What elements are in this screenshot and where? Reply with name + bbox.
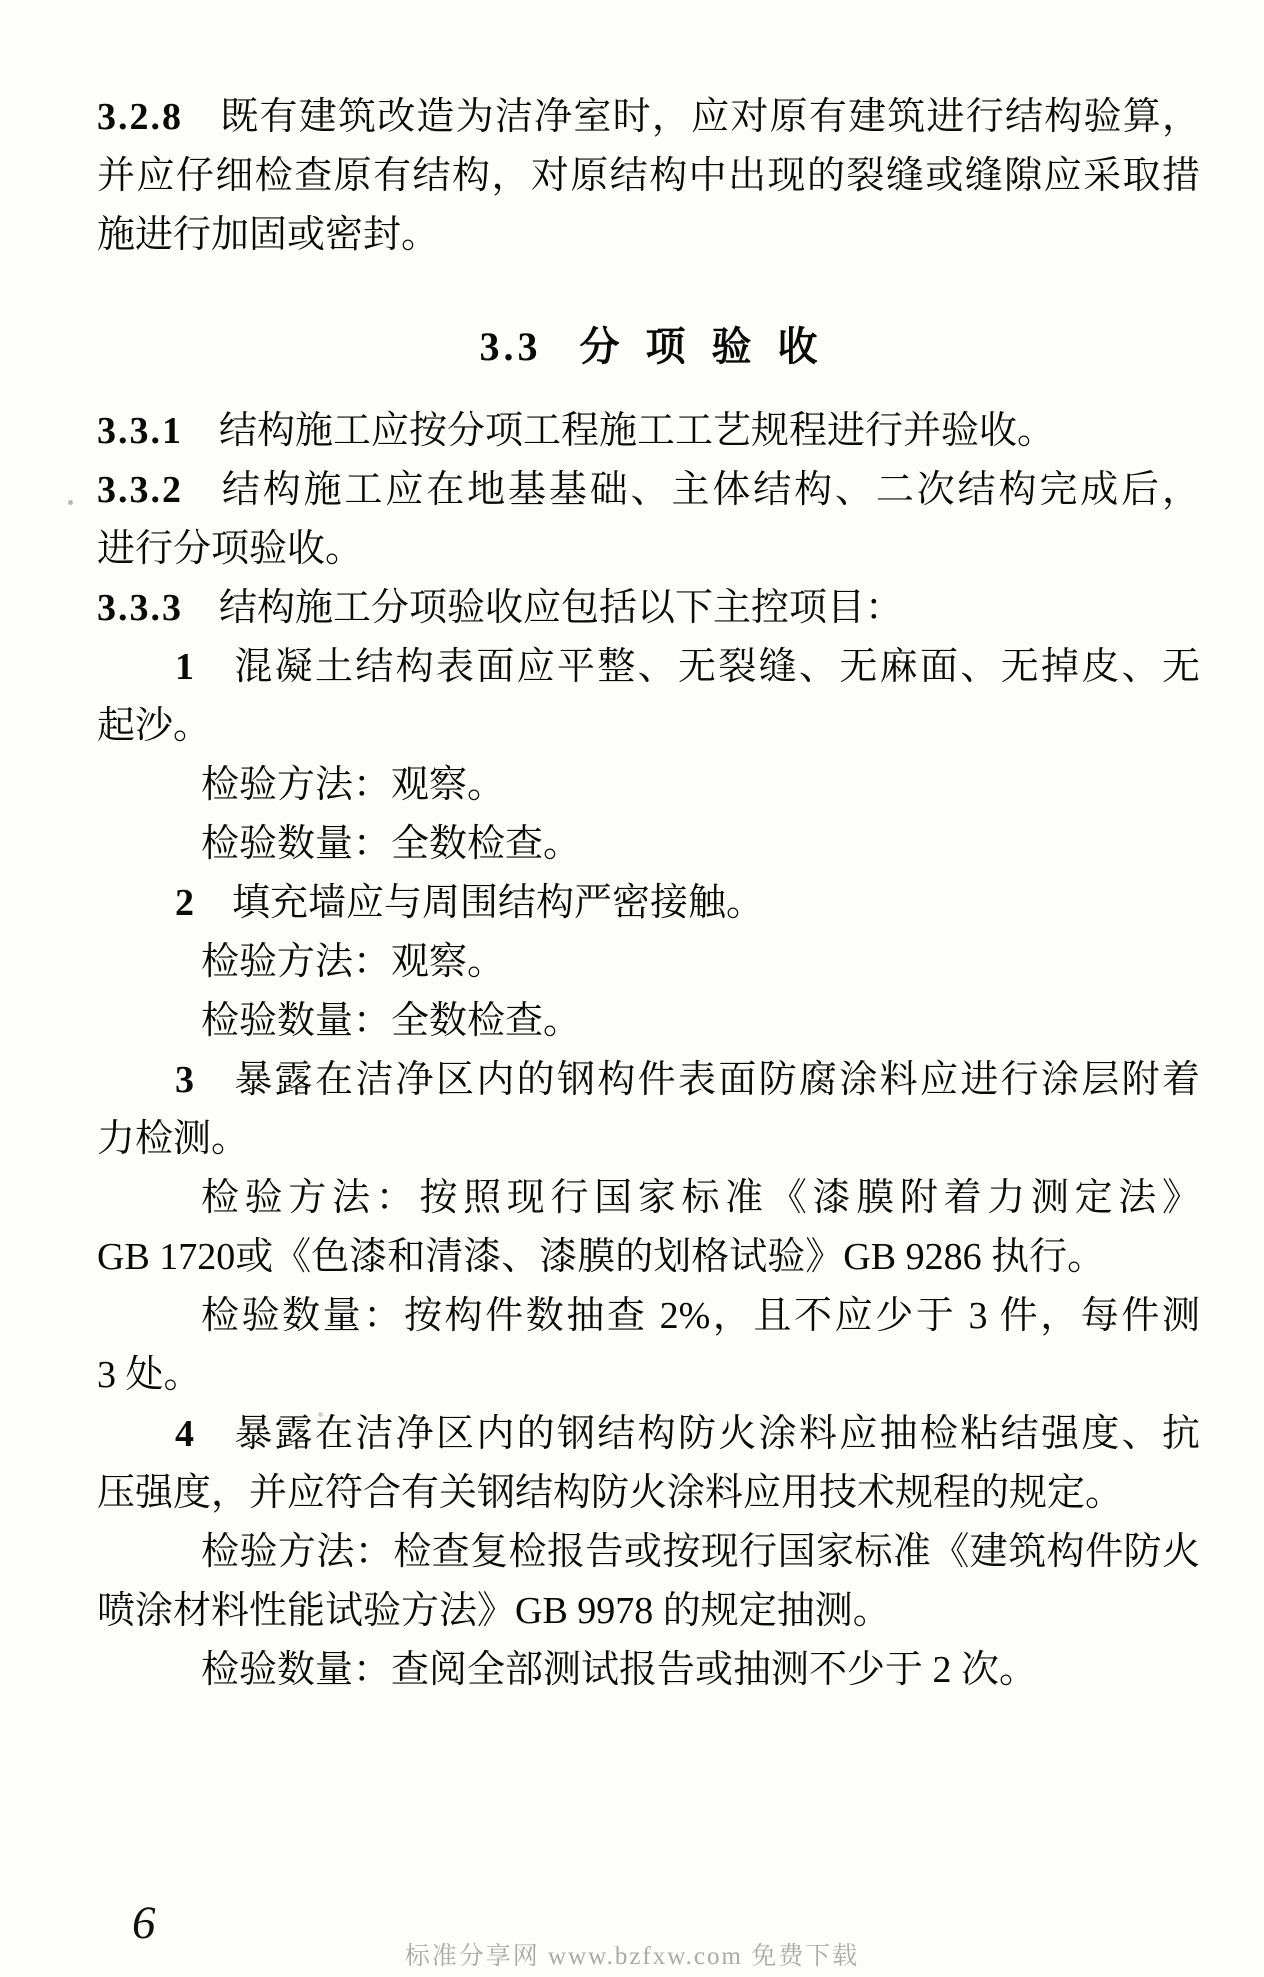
item-3-quantity-line-2: 3 处。 bbox=[97, 1346, 1200, 1405]
item-text: 填充墙应与周围结构严密接触。 bbox=[232, 882, 764, 924]
scan-speck bbox=[318, 1412, 323, 1417]
item-number: 1 bbox=[175, 646, 196, 688]
clause-3-3-2-line-2: 进行分项验收。 bbox=[97, 520, 1200, 579]
item-4-line-2: 压强度，并应符合有关钢结构防火涂料应用技术规程的规定。 bbox=[97, 1464, 1200, 1523]
footer-watermark: 标准分享网 www.bzfxw.com 免费下载 bbox=[0, 1936, 1264, 1972]
item-3: 3暴露在洁净区内的钢构件表面防腐涂料应进行涂层附着 力检测。 检验方法：按照现行… bbox=[97, 1051, 1200, 1405]
clause-3-2-8-line-3: 施进行加固或密封。 bbox=[97, 206, 1200, 265]
clause-number: 3.2.8 bbox=[97, 96, 183, 138]
clause-3-3-3: 3.3.3结构施工分项验收应包括以下主控项目： bbox=[97, 579, 1200, 638]
item-4: 4暴露在洁净区内的钢结构防火涂料应抽检粘结强度、抗 压强度，并应符合有关钢结构防… bbox=[97, 1405, 1200, 1700]
item-2-line-1: 2填充墙应与周围结构严密接触。 bbox=[97, 874, 1200, 933]
item-3-quantity-line-1: 检验数量：按构件数抽查 2%，且不应少于 3 件，每件测 bbox=[97, 1287, 1200, 1346]
clause-3-3-2-line-1: 3.3.2结构施工应在地基基础、主体结构、二次结构完成后， bbox=[97, 461, 1200, 520]
document-page: 3.2.8既有建筑改造为洁净室时，应对原有建筑进行结构验算， 并应仔细检查原有结… bbox=[0, 0, 1264, 1977]
clause-3-3-2: 3.3.2结构施工应在地基基础、主体结构、二次结构完成后， 进行分项验收。 bbox=[97, 461, 1200, 579]
item-2-quantity: 检验数量：全数检查。 bbox=[97, 992, 1200, 1051]
item-3-line-2: 力检测。 bbox=[97, 1110, 1200, 1169]
clause-number: 3.3.1 bbox=[97, 410, 183, 452]
clause-3-2-8-line-1: 3.2.8既有建筑改造为洁净室时，应对原有建筑进行结构验算， bbox=[97, 88, 1200, 147]
item-1-line-2: 起沙。 bbox=[97, 697, 1200, 756]
item-text: 暴露在洁净区内的钢结构防火涂料应抽检粘结强度、抗 bbox=[232, 1413, 1200, 1455]
clause-text: 结构施工分项验收应包括以下主控项目： bbox=[219, 587, 903, 629]
item-text: 混凝土结构表面应平整、无裂缝、无麻面、无掉皮、无 bbox=[232, 646, 1200, 688]
item-3-method-line-2: GB 1720或《色漆和清漆、漆膜的划格试验》GB 9286 执行。 bbox=[97, 1228, 1200, 1287]
clause-text: 结构施工应按分项工程施工工艺规程进行并验收。 bbox=[219, 410, 1055, 452]
item-4-method-line-2: 喷涂材料性能试验方法》GB 9978 的规定抽测。 bbox=[97, 1582, 1200, 1641]
clause-text: 既有建筑改造为洁净室时，应对原有建筑进行结构验算， bbox=[219, 96, 1200, 138]
item-1-quantity: 检验数量：全数检查。 bbox=[97, 815, 1200, 874]
clause-number: 3.3.3 bbox=[97, 587, 183, 629]
item-2-method: 检验方法：观察。 bbox=[97, 933, 1200, 992]
clause-3-2-8: 3.2.8既有建筑改造为洁净室时，应对原有建筑进行结构验算， 并应仔细检查原有结… bbox=[97, 88, 1200, 265]
section-heading: 3.3分项验收 bbox=[97, 317, 1200, 376]
clause-number: 3.3.2 bbox=[97, 469, 183, 511]
item-1: 1混凝土结构表面应平整、无裂缝、无麻面、无掉皮、无 起沙。 检验方法：观察。 检… bbox=[97, 638, 1200, 874]
item-4-quantity: 检验数量：查阅全部测试报告或抽测不少于 2 次。 bbox=[97, 1641, 1200, 1700]
item-3-line-1: 3暴露在洁净区内的钢构件表面防腐涂料应进行涂层附着 bbox=[97, 1051, 1200, 1110]
item-4-method-line-1: 检验方法：检查复检报告或按现行国家标准《建筑构件防火 bbox=[97, 1523, 1200, 1582]
item-1-line-1: 1混凝土结构表面应平整、无裂缝、无麻面、无掉皮、无 bbox=[97, 638, 1200, 697]
item-4-line-1: 4暴露在洁净区内的钢结构防火涂料应抽检粘结强度、抗 bbox=[97, 1405, 1200, 1464]
item-number: 2 bbox=[175, 882, 196, 924]
scan-speck bbox=[68, 500, 73, 505]
item-1-method: 检验方法：观察。 bbox=[97, 756, 1200, 815]
clause-3-2-8-line-2: 并应仔细检查原有结构，对原结构中出现的裂缝或缝隙应采取措 bbox=[97, 147, 1200, 206]
item-text: 暴露在洁净区内的钢构件表面防腐涂料应进行涂层附着 bbox=[232, 1059, 1200, 1101]
page-content: 3.2.8既有建筑改造为洁净室时，应对原有建筑进行结构验算， 并应仔细检查原有结… bbox=[97, 88, 1200, 1700]
section-heading-title: 分项验收 bbox=[580, 324, 844, 369]
clause-text: 结构施工应在地基基础、主体结构、二次结构完成后， bbox=[219, 469, 1200, 511]
item-number: 4 bbox=[175, 1413, 196, 1455]
item-2: 2填充墙应与周围结构严密接触。 检验方法：观察。 检验数量：全数检查。 bbox=[97, 874, 1200, 1051]
clause-3-3-1: 3.3.1结构施工应按分项工程施工工艺规程进行并验收。 bbox=[97, 402, 1200, 461]
item-number: 3 bbox=[175, 1059, 196, 1101]
section-heading-number: 3.3 bbox=[480, 324, 542, 369]
item-3-method-line-1: 检验方法：按照现行国家标准《漆膜附着力测定法》 bbox=[97, 1169, 1200, 1228]
